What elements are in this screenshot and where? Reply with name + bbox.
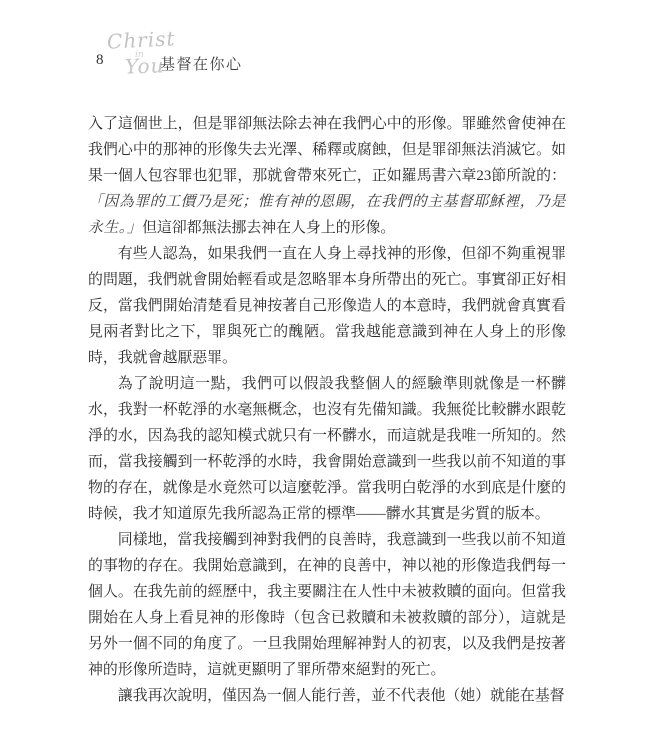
paragraph-1-closing: 但這卻都無法挪去神在人身上的形像。 bbox=[142, 220, 395, 236]
paragraph-2: 有些人認為，如果我們一直在人身上尋找神的形像，但卻不夠重視罪的問題，我們就會開始… bbox=[88, 241, 566, 371]
text-column: 入了這個世上，但是罪卻無法除去神在我們心中的形像。罪雖然會使神在我們心中的那神的… bbox=[88, 111, 566, 709]
book-title: 基督在你心 bbox=[160, 53, 243, 74]
logo-word-you: You bbox=[125, 53, 165, 78]
book-page: 8 Christ in You 基督在你心 入了這個世上，但是罪卻無法除去神在我… bbox=[0, 0, 650, 750]
paragraph-3: 為了說明這一點，我們可以假設我整個人的經驗準則就像是一杯髒水，我對一杯乾淨的水毫… bbox=[88, 371, 566, 527]
page-number: 8 bbox=[96, 52, 104, 69]
paragraph-1: 入了這個世上，但是罪卻無法除去神在我們心中的形像。罪雖然會使神在我們心中的那神的… bbox=[88, 111, 566, 241]
paragraph-5: 讓我再次說明，僅因為一個人能行善，並不代表他（她）就能在基督 bbox=[88, 683, 566, 709]
paragraph-4: 同樣地，當我接觸到神對我們的良善時，我意識到一些我以前不知道的事物的存在。我開始… bbox=[88, 527, 566, 683]
paragraph-1-text: 入了這個世上，但是罪卻無法除去神在我們心中的形像。罪雖然會使神在我們心中的那神的… bbox=[88, 116, 566, 184]
christ-in-you-logo: Christ in You bbox=[104, 26, 164, 76]
